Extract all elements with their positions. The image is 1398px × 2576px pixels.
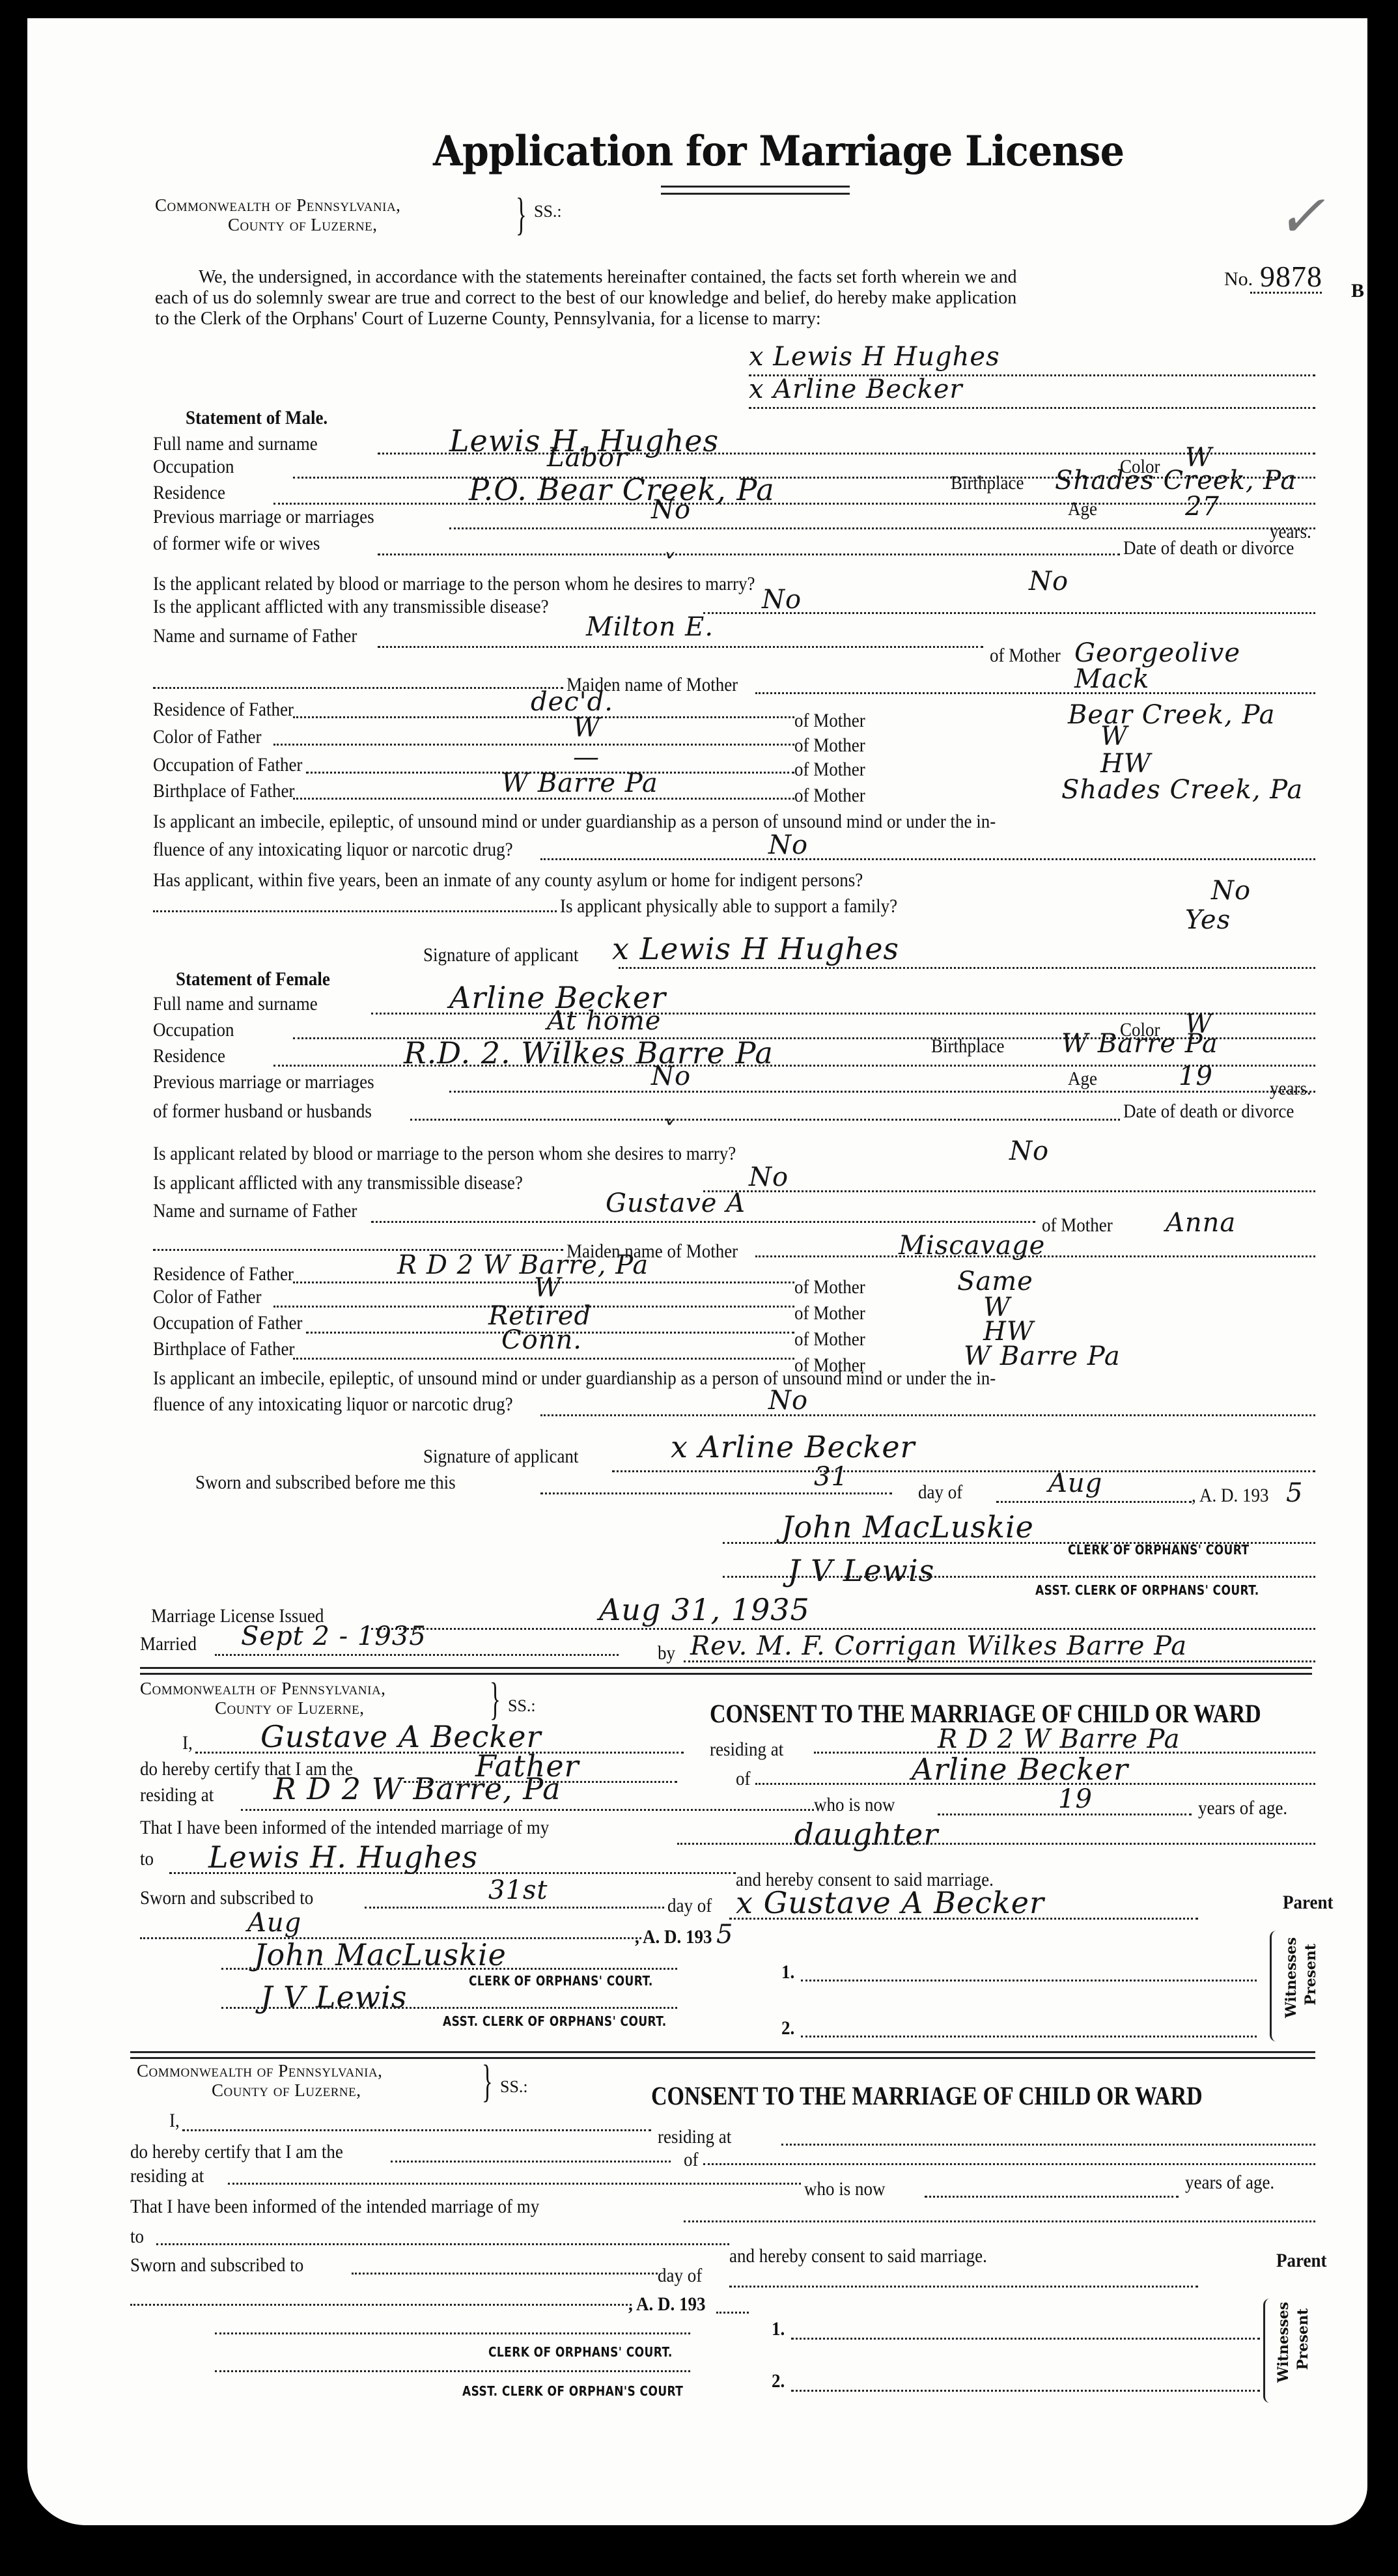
consent2-residing2-field[interactable] <box>228 2183 801 2185</box>
witness-brace-icon <box>1270 1931 1281 2041</box>
label: Full name and surname <box>153 993 318 1015</box>
field-line <box>293 716 794 718</box>
label: Is applicant an imbecile, epileptic, of … <box>153 811 996 833</box>
venue-ss: SS.: <box>534 202 562 221</box>
witness-line-1[interactable] <box>801 1980 1257 1981</box>
field-line <box>195 1752 684 1754</box>
signature-line <box>729 1918 1198 1920</box>
label: I, <box>182 1732 193 1754</box>
section-divider <box>140 1667 1312 1675</box>
label: , A. D. 193 <box>1192 1485 1269 1507</box>
label: Name and surname of Father <box>153 625 357 647</box>
female-heading: Statement of Female <box>176 968 330 990</box>
label: of Mother <box>794 1302 865 1324</box>
male-occupation: Labor <box>547 443 628 473</box>
asst-clerk-title: ASST. CLERK OF ORPHAN'S COURT <box>462 2383 683 2399</box>
consent1-year-digit: 5 <box>716 1920 733 1950</box>
label: That I have been informed of the intende… <box>140 1817 549 1839</box>
consent1-to: Lewis H. Hughes <box>208 1840 478 1875</box>
label: day of <box>667 1895 712 1917</box>
consent2-clerk-signature-field[interactable] <box>215 2332 690 2334</box>
consent2-child-field[interactable] <box>703 2163 1315 2165</box>
label: Birthplace <box>951 472 1024 494</box>
label: Is the applicant related by blood or mar… <box>153 573 755 595</box>
consent2-parent-signature-field[interactable] <box>729 2286 1198 2288</box>
preamble-line-3: to the Clerk of the Orphans' Court of Lu… <box>155 309 821 329</box>
venue-ss: SS.: <box>500 2077 528 2097</box>
label: Present <box>1294 2308 1311 2370</box>
female-related: No <box>1009 1136 1049 1166</box>
label: of Mother <box>1042 1214 1113 1237</box>
label: Residence of Father <box>153 699 294 721</box>
female-signature: x Arline Becker <box>671 1429 916 1464</box>
consent1-asst-signature: J V Lewis <box>260 1980 407 2015</box>
label: residing at <box>658 2126 731 2148</box>
field-line <box>293 798 794 800</box>
label: Parent <box>1276 2250 1326 2272</box>
field-line <box>755 1255 1315 1257</box>
field-line <box>540 858 1315 860</box>
clerk-title: CLERK OF ORPHANS' COURT <box>1068 1542 1250 1558</box>
consent1-age: 19 <box>1058 1784 1093 1814</box>
female-father-birthplace: Conn. <box>501 1325 582 1355</box>
male-heading: Statement of Male. <box>186 407 328 429</box>
label: Previous marriage or marriages <box>153 1071 374 1093</box>
label: Color of Father <box>153 726 261 748</box>
label: of Mother <box>794 710 865 732</box>
label: Signature of applicant <box>423 944 578 966</box>
label: Occupation <box>153 456 234 478</box>
label: Present <box>1302 1944 1319 2006</box>
male-related: No <box>1029 567 1069 596</box>
female-previous-marriage: No <box>651 1061 691 1091</box>
clerk-signature: John MacLuskie <box>781 1509 1034 1545</box>
consent2-month-field[interactable] <box>130 2304 632 2306</box>
label: Age <box>1068 498 1097 520</box>
label: That I have been informed of the intende… <box>130 2196 539 2218</box>
consent2-age-field[interactable] <box>925 2196 1179 2198</box>
label: Residence <box>153 1045 225 1067</box>
field-line <box>938 1813 1192 1815</box>
field-line <box>540 1492 892 1494</box>
label: of former husband or husbands <box>153 1100 372 1123</box>
male-disease: No <box>762 585 802 615</box>
female-disease: No <box>749 1162 789 1192</box>
preamble-line-1: We, the undersigned, in accordance with … <box>199 267 1016 288</box>
witness-brace-icon <box>1263 2299 1274 2403</box>
consent2-residing-field[interactable] <box>781 2144 1315 2146</box>
field-line <box>755 1783 1315 1785</box>
label: Signature of applicant <box>423 1446 578 1468</box>
field-line <box>241 1809 814 1811</box>
label: who is now <box>814 1794 895 1816</box>
preamble-signature-female: x Arline Becker <box>749 374 963 404</box>
number-line <box>1250 292 1322 294</box>
married-date: Sept 2 - 1935 <box>241 1621 426 1651</box>
consent2-name-field[interactable] <box>182 2129 651 2131</box>
label: Full name and surname <box>153 433 318 455</box>
label: of Mother <box>794 785 865 807</box>
male-father-residence: dec'd. <box>531 687 613 717</box>
preamble-signature-male: x Lewis H Hughes <box>749 342 1000 372</box>
male-father-color: W <box>573 713 600 743</box>
label: fluence of any intoxicating liquor or na… <box>153 839 513 861</box>
label: Residence <box>153 482 225 504</box>
field-line <box>755 692 1315 694</box>
field-line <box>703 1190 1315 1192</box>
clerk-title: CLERK OF ORPHANS' COURT. <box>469 1973 653 1989</box>
field-line <box>273 1065 1315 1067</box>
consent1-relation-child: daughter <box>794 1817 938 1852</box>
field-line <box>996 1501 1192 1503</box>
consent2-to-field[interactable] <box>156 2243 729 2245</box>
label: , A. D. 193 <box>628 2293 706 2316</box>
venue-commonwealth: Commonwealth of Pennsylvania, <box>140 1679 385 1699</box>
number-label: No. <box>1224 268 1253 290</box>
consent2-relation-field[interactable] <box>391 2161 671 2163</box>
venue-county: County of Luzerne, <box>212 2080 361 2101</box>
witness-line-2[interactable] <box>801 2036 1257 2037</box>
label: and hereby consent to said marriage. <box>729 2245 987 2267</box>
label: Is applicant physically able to support … <box>560 895 897 917</box>
check-mark-icon: ✓ <box>1276 182 1325 251</box>
asst-clerk-title: ASST. CLERK OF ORPHANS' COURT. <box>1035 1582 1259 1598</box>
venue-commonwealth: Commonwealth of Pennsylvania, <box>155 195 400 216</box>
label: Is applicant afflicted with any transmis… <box>153 1172 523 1194</box>
label: Sworn and subscribed to <box>130 2254 303 2276</box>
label: Is applicant an imbecile, epileptic, of … <box>153 1367 996 1390</box>
venue-county: County of Luzerne, <box>228 215 377 235</box>
clerk-title: CLERK OF ORPHANS' COURT. <box>488 2344 673 2360</box>
male-birthplace: Shades Creek, Pa <box>1055 466 1296 496</box>
signature-line <box>723 1576 1315 1578</box>
label: Married <box>140 1633 197 1655</box>
field-line <box>365 1907 664 1909</box>
male-maiden-mother: Mack <box>1074 664 1149 694</box>
field-line <box>449 527 1315 529</box>
field-line <box>273 744 794 746</box>
label: by <box>658 1642 675 1664</box>
brace-icon: } <box>516 192 527 238</box>
label: 1. <box>781 1961 794 1983</box>
venue-ss: SS.: <box>508 1696 536 1716</box>
female-occupation: At home <box>547 1006 661 1036</box>
label: years of age. <box>1198 1797 1287 1819</box>
married-by: Rev. M. F. Corrigan Wilkes Barre Pa <box>690 1631 1187 1661</box>
consent2-heading: CONSENT TO THE MARRIAGE OF CHILD OR WARD <box>651 2080 1203 2111</box>
label: Name and surname of Father <box>153 1200 357 1222</box>
label: of Mother <box>794 735 865 757</box>
label: of Mother <box>794 1328 865 1351</box>
label: who is now <box>804 2178 886 2200</box>
label: Birthplace <box>931 1035 1004 1057</box>
label: residing at <box>130 2165 204 2187</box>
asst-clerk-title: ASST. CLERK OF ORPHANS' COURT. <box>443 2013 667 2029</box>
label: I, <box>169 2110 180 2132</box>
brace-icon: } <box>490 1677 501 1722</box>
female-mother-name: Anna <box>1166 1208 1236 1238</box>
label: Age <box>1068 1068 1097 1090</box>
label: 1. <box>772 2318 785 2340</box>
label: day of <box>658 2265 702 2287</box>
label: Occupation <box>153 1019 234 1041</box>
label: Is applicant related by blood or marriag… <box>153 1143 736 1165</box>
brace-icon: } <box>482 2059 493 2105</box>
label: Previous marriage or marriages <box>153 506 374 528</box>
field-line <box>378 553 1120 555</box>
label: Residence of Father <box>153 1263 294 1285</box>
label: , A. D. 193 <box>635 1926 712 1948</box>
field-line <box>540 1414 1315 1416</box>
male-residence: P.O. Bear Creek, Pa <box>469 472 775 507</box>
field-line <box>371 1628 1315 1630</box>
male-previous-marriage: No <box>651 495 691 525</box>
field-line <box>273 503 1315 505</box>
female-father-color: W <box>534 1273 561 1303</box>
field-line <box>449 1091 1315 1093</box>
signature-line <box>619 967 1315 969</box>
male-mother-residence: Bear Creek, Pa <box>1068 700 1275 730</box>
field-line <box>684 1660 1315 1662</box>
label: Color of Father <box>153 1286 261 1308</box>
label: residing at <box>710 1739 783 1761</box>
label: residing at <box>140 1784 214 1806</box>
label: Is the applicant afflicted with any tran… <box>153 596 549 618</box>
label: of former wife or wives <box>153 533 320 555</box>
oath-month: Aug <box>1048 1468 1102 1498</box>
label: Sworn and subscribed before me this <box>195 1472 456 1494</box>
label: 2. <box>772 2370 785 2392</box>
label: Birthplace of Father <box>153 1338 294 1360</box>
consent1-clerk-signature: John MacLuskie <box>254 1937 507 1972</box>
license-issued-date: Aug 31, 1935 <box>599 1592 810 1627</box>
field-line <box>371 1221 1035 1223</box>
signature-line <box>221 1968 677 1970</box>
preamble-line-2: each of us do solemnly swear are true an… <box>155 288 1016 309</box>
page-title: Application for Marriage License <box>433 127 1124 176</box>
male-support: Yes <box>1185 905 1231 935</box>
consent1-child: Arline Becker <box>912 1752 1128 1787</box>
consent2-day-field[interactable] <box>352 2273 658 2275</box>
field-line <box>371 1013 1315 1015</box>
label: of <box>736 1768 751 1790</box>
label: Sworn and subscribed to <box>140 1887 313 1909</box>
label: to <box>140 1848 154 1870</box>
title-underline <box>661 186 850 195</box>
consent1-parent-signature: x Gustave A Becker <box>736 1885 1044 1920</box>
male-mother-birthplace: Shades Creek, Pa <box>1061 775 1303 805</box>
signature-line <box>612 1470 1315 1472</box>
label: of Mother <box>990 645 1061 667</box>
section-divider <box>130 2051 1315 2059</box>
female-father-residence: R D 2 W Barre, Pa <box>397 1250 649 1280</box>
label: Date of death or divorce <box>1123 1100 1294 1123</box>
male-mother-color: W <box>1100 721 1128 751</box>
field-line <box>153 910 557 912</box>
field-line <box>378 646 983 648</box>
label: Occupation of Father <box>153 1312 302 1334</box>
venue-county: County of Luzerne, <box>215 1698 364 1718</box>
male-age: 27 <box>1185 492 1220 522</box>
application-number: 9878 <box>1260 259 1322 294</box>
label: Date of death or divorce <box>1123 537 1294 559</box>
field-line <box>410 1119 1120 1121</box>
label: 2. <box>781 2017 794 2039</box>
field-line <box>153 687 563 689</box>
field-line <box>378 453 1315 455</box>
label: fluence of any intoxicating liquor or na… <box>153 1393 513 1416</box>
consent1-day: 31st <box>488 1875 548 1905</box>
signature-line <box>221 2007 677 2009</box>
consent2-asst-signature-field[interactable] <box>215 2370 690 2372</box>
consent1-residing2: R D 2 W Barre, Pa <box>273 1771 561 1806</box>
female-age: 19 <box>1179 1061 1213 1091</box>
label: to <box>130 2226 144 2248</box>
label: day of <box>918 1481 962 1504</box>
consent1-residing: R D 2 W Barre Pa <box>938 1724 1180 1754</box>
label: Has applicant, within five years, been a… <box>153 869 863 891</box>
label: of Mother <box>794 759 865 781</box>
label: Birthplace of Father <box>153 780 294 802</box>
label: years of age. <box>1185 2172 1274 2194</box>
consent1-month: Aug <box>247 1908 301 1938</box>
label: Parent <box>1283 1892 1333 1914</box>
female-father-name: Gustave A <box>606 1188 746 1218</box>
venue-commonwealth: Commonwealth of Pennsylvania, <box>137 2061 382 2081</box>
male-father-birthplace: W Barre Pa <box>501 768 658 798</box>
label: Witnesses <box>1275 2302 1292 2383</box>
consent2-witness-line-1[interactable] <box>791 2338 1260 2340</box>
signature-line <box>749 407 1315 409</box>
asst-clerk-signature: J V Lewis <box>788 1553 934 1588</box>
male-imbecile: No <box>768 830 808 860</box>
consent2-relation-child-field[interactable] <box>684 2220 1315 2222</box>
female-imbecile: No <box>768 1386 808 1416</box>
male-father-name: Milton E. <box>586 612 714 642</box>
field-line <box>703 612 1315 614</box>
oath-year-digit: 5 <box>1286 1478 1303 1508</box>
field-line <box>215 1654 619 1656</box>
female-birthplace: W Barre Pa <box>1061 1029 1218 1059</box>
male-signature: x Lewis H Hughes <box>612 931 899 966</box>
field-line <box>169 1872 736 1874</box>
label: years. <box>1270 1078 1311 1100</box>
consent2-witness-line-2[interactable] <box>791 2390 1260 2392</box>
series-letter: B <box>1351 280 1364 302</box>
label: Witnesses <box>1283 1937 1300 2018</box>
label: Occupation of Father <box>153 754 302 776</box>
male-asylum: No <box>1211 876 1251 906</box>
label: of Mother <box>794 1276 865 1298</box>
label: of <box>684 2149 699 2171</box>
field-line <box>677 1843 1315 1845</box>
label: do hereby certify that I am the <box>130 2141 343 2163</box>
oath-day: 31 <box>814 1462 848 1492</box>
field-line <box>293 1358 794 1360</box>
consent2-year-field[interactable] <box>716 2312 749 2314</box>
